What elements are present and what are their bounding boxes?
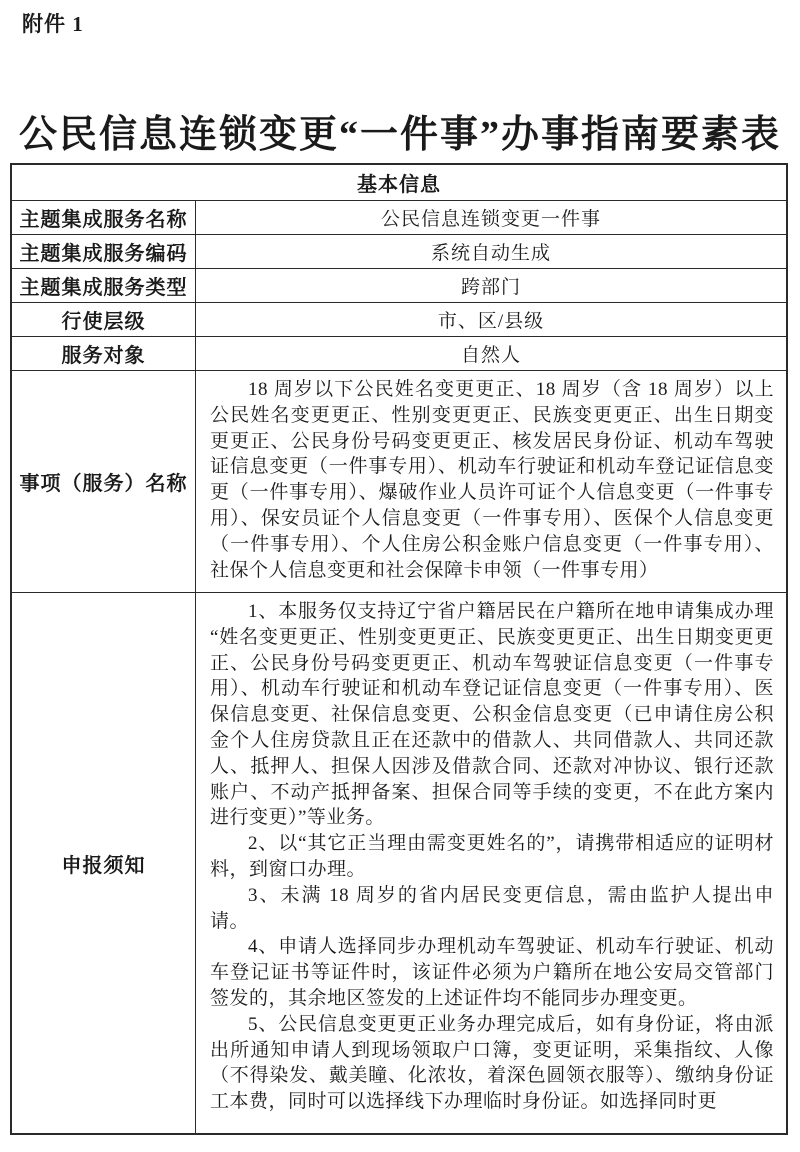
row-label: 主题集成服务编码: [12, 235, 196, 268]
table-row-service-code: 主题集成服务编码 系统自动生成: [12, 234, 786, 268]
row-value: 1、本服务仅支持辽宁省户籍居民在户籍所在地申请集成办理“姓名变更更正、性别变更更…: [196, 593, 786, 1133]
row-label: 服务对象: [12, 337, 196, 370]
row-label: 主题集成服务类型: [12, 269, 196, 302]
row-label: 申报须知: [12, 593, 196, 1133]
row-value: 公民信息连锁变更一件事: [196, 201, 786, 234]
notice-paragraph-3: 3、未满 18 周岁的省内居民变更信息，需由监护人提出申请。: [210, 883, 774, 935]
notice-paragraph-4: 4、申请人选择同步办理机动车驾驶证、机动车行驶证、机动车登记证书等证件时，该证件…: [210, 934, 774, 1011]
service-names-paragraph: 18 周岁以下公民姓名变更更正、18 周岁（含 18 周岁）以上公民姓名变更更正…: [210, 377, 774, 583]
row-value: 系统自动生成: [196, 235, 786, 268]
attachment-label: 附件 1: [22, 8, 84, 38]
row-label: 主题集成服务名称: [12, 201, 196, 234]
table-row-service-target: 服务对象 自然人: [12, 336, 786, 370]
table-row-item-service-names: 事项（服务）名称 18 周岁以下公民姓名变更更正、18 周岁（含 18 周岁）以…: [12, 370, 786, 592]
table-row-declaration-notice: 申报须知 1、本服务仅支持辽宁省户籍居民在户籍所在地申请集成办理“姓名变更更正、…: [12, 592, 786, 1133]
table-row-exercise-level: 行使层级 市、区/县级: [12, 302, 786, 336]
section-header-basic-info: 基本信息: [12, 165, 786, 200]
notice-paragraph-5: 5、公民信息变更更正业务办理完成后，如有身份证，将由派出所通知申请人到现场领取户…: [210, 1012, 774, 1115]
guide-elements-table: 基本信息 主题集成服务名称 公民信息连锁变更一件事 主题集成服务编码 系统自动生…: [10, 163, 788, 1135]
document-page: { "page": { "attachment_label": "附件 1", …: [0, 0, 800, 1152]
table-row-service-type: 主题集成服务类型 跨部门: [12, 268, 786, 302]
row-label: 行使层级: [12, 303, 196, 336]
row-label: 事项（服务）名称: [12, 371, 196, 592]
notice-paragraph-1: 1、本服务仅支持辽宁省户籍居民在户籍所在地申请集成办理“姓名变更更正、性别变更更…: [210, 599, 774, 831]
table-row-service-name: 主题集成服务名称 公民信息连锁变更一件事: [12, 200, 786, 234]
row-value: 自然人: [196, 337, 786, 370]
page-title: 公民信息连锁变更“一件事”办事指南要素表: [0, 103, 800, 158]
notice-paragraph-2: 2、以“其它正当理由需变更姓名的”，请携带相适应的证明材料，到窗口办理。: [210, 831, 774, 883]
row-value: 市、区/县级: [196, 303, 786, 336]
row-value: 18 周岁以下公民姓名变更更正、18 周岁（含 18 周岁）以上公民姓名变更更正…: [196, 371, 786, 592]
row-value: 跨部门: [196, 269, 786, 302]
